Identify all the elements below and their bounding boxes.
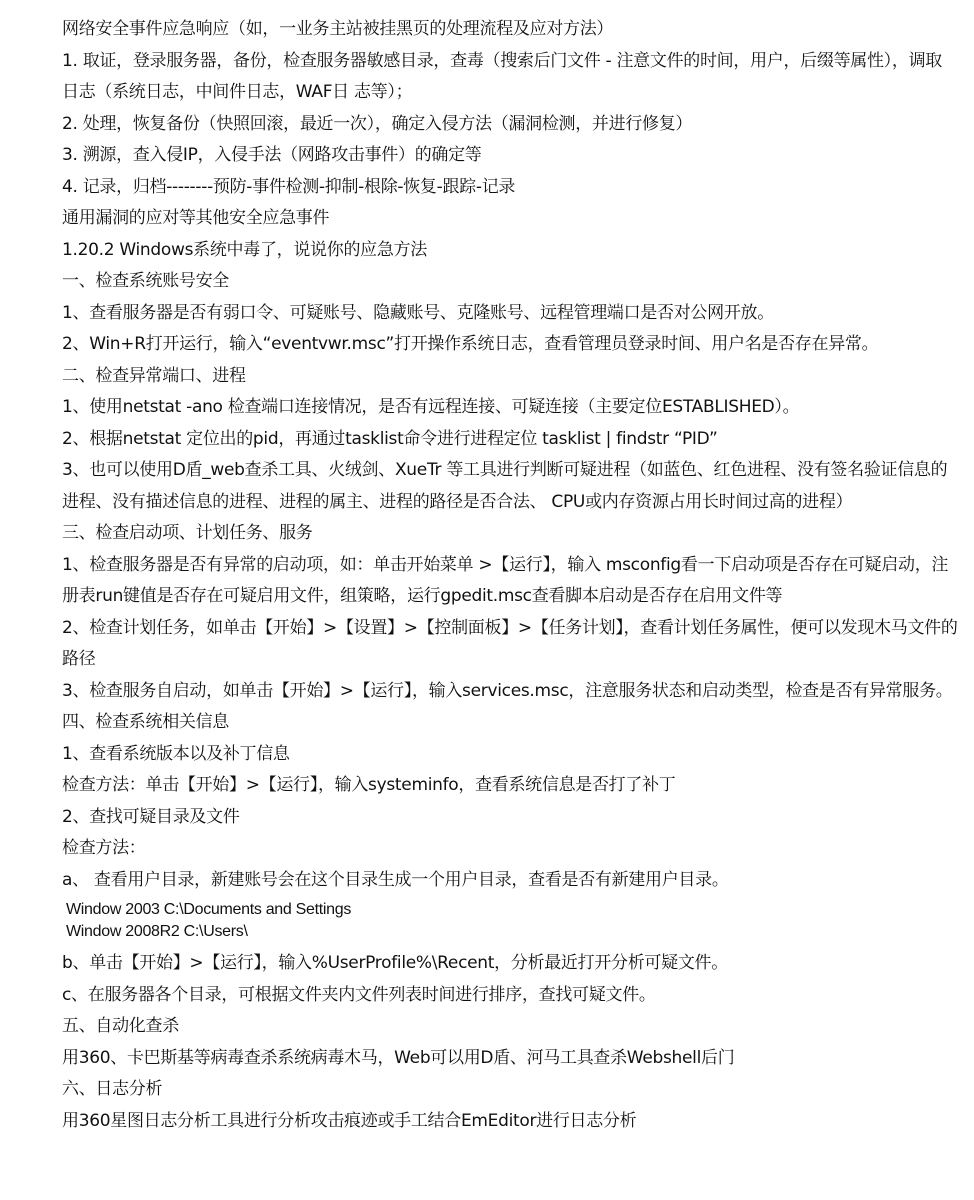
section-item: 1、使用netstat -ano 检查端口连接情况，是否有远程连接、可疑连接（主… <box>62 392 958 424</box>
subsection-step-b: b、单击【开始】>【运行】，输入%UserProfile%\Recent，分析最… <box>62 948 958 980</box>
section-item: 1、查看服务器是否有弱口令、可疑账号、隐藏账号、克隆账号、远程管理端口是否对公网… <box>62 298 958 330</box>
section-heading: 五、自动化查杀 <box>62 1011 958 1043</box>
response-step-1: 1. 取证，登录服务器，备份，检查服务器敏感目录，查毒（搜索后门文件 - 注意文… <box>62 46 958 109</box>
section-heading: 一、检查系统账号安全 <box>62 266 958 298</box>
section-item: 用360、卡巴斯基等病毒查杀系统病毒木马，Web可以用D盾、河马工具查杀Webs… <box>62 1043 958 1075</box>
subsection-step-a: a、 查看用户目录，新建账号会在这个目录生成一个用户目录，查看是否有新建用户目录… <box>62 865 958 897</box>
section-heading: 三、检查启动项、计划任务、服务 <box>62 518 958 550</box>
subsection-title: 1、查看系统版本以及补丁信息 <box>62 739 958 771</box>
document-title: 网络安全事件应急响应（如，一业务主站被挂黑页的处理流程及应对方法） <box>62 14 958 46</box>
section-item: 1、检查服务器是否有异常的启动项，如：单击开始菜单 >【运行】，输入 mscon… <box>62 550 958 613</box>
response-step-2: 2. 处理，恢复备份（快照回滚，最近一次），确定入侵方法（漏洞检测，并进行修复） <box>62 109 958 141</box>
response-step-4: 4. 记录，归档--------预防-事件检测-抑制-根除-恢复-跟踪-记录 <box>62 172 958 204</box>
response-steps-list: 1. 取证，登录服务器，备份，检查服务器敏感目录，查毒（搜索后门文件 - 注意文… <box>62 46 958 204</box>
section-automated-scan: 五、自动化查杀 用360、卡巴斯基等病毒查杀系统病毒木马，Web可以用D盾、河马… <box>62 1011 958 1074</box>
section-startup-tasks-services: 三、检查启动项、计划任务、服务 1、检查服务器是否有异常的启动项，如：单击开始菜… <box>62 518 958 707</box>
section-item: 用360星图日志分析工具进行分析攻击痕迹或手工结合EmEditor进行日志分析 <box>62 1106 958 1138</box>
section-item: 2、检查计划任务，如单击【开始】>【设置】>【控制面板】>【任务计划】，查看计划… <box>62 613 958 676</box>
section-system-info: 四、检查系统相关信息 1、查看系统版本以及补丁信息 检查方法：单击【开始】>【运… <box>62 707 958 1011</box>
section-heading: 六、日志分析 <box>62 1074 958 1106</box>
section-item: 3、也可以使用D盾_web查杀工具、火绒剑、XueTr 等工具进行判断可疑进程（… <box>62 455 958 518</box>
subsection-step-c: c、在服务器各个目录，可根据文件夹内文件列表时间进行排序，查找可疑文件。 <box>62 980 958 1012</box>
subsection-method-label: 检查方法： <box>62 833 958 865</box>
document-body: 网络安全事件应急响应（如，一业务主站被挂黑页的处理流程及应对方法） 1. 取证，… <box>62 14 958 1137</box>
path-windows-2008r2: Window 2008R2 C:\Users\ <box>62 921 958 943</box>
section-item: 2、根据netstat 定位出的pid，再通过tasklist命令进行进程定位 … <box>62 424 958 456</box>
section-heading: 二、检查异常端口、进程 <box>62 361 958 393</box>
path-windows-2003: Window 2003 C:\Documents and Settings <box>62 899 958 921</box>
subsection-title: 2、查找可疑目录及文件 <box>62 802 958 834</box>
section-heading: 四、检查系统相关信息 <box>62 707 958 739</box>
section-item: 2、Win+R打开运行，输入“eventvwr.msc”打开操作系统日志，查看管… <box>62 329 958 361</box>
question-heading: 1.20.2 Windows系统中毒了，说说你的应急方法 <box>62 235 958 267</box>
section-item: 3、检查服务自启动，如单击【开始】>【运行】，输入services.msc，注意… <box>62 676 958 708</box>
subsection-method: 检查方法：单击【开始】>【运行】，输入systeminfo，查看系统信息是否打了… <box>62 770 958 802</box>
general-note: 通用漏洞的应对等其他安全应急事件 <box>62 203 958 235</box>
section-log-analysis: 六、日志分析 用360星图日志分析工具进行分析攻击痕迹或手工结合EmEditor… <box>62 1074 958 1137</box>
section-ports-processes: 二、检查异常端口、进程 1、使用netstat -ano 检查端口连接情况，是否… <box>62 361 958 519</box>
section-account-security: 一、检查系统账号安全 1、查看服务器是否有弱口令、可疑账号、隐藏账号、克隆账号、… <box>62 266 958 361</box>
response-step-3: 3. 溯源，查入侵IP，入侵手法（网路攻击事件）的确定等 <box>62 140 958 172</box>
